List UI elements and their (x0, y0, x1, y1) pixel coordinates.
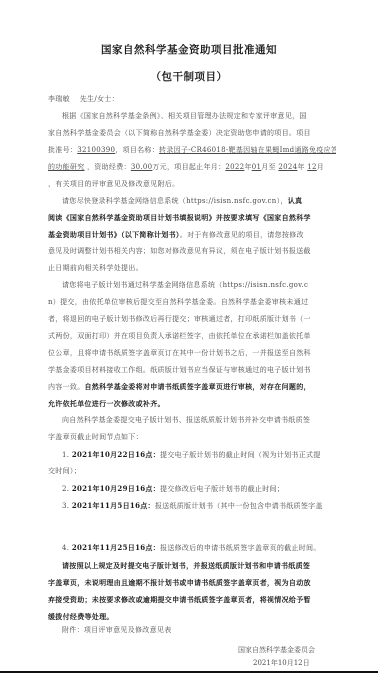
text: 内容一致。 (48, 383, 85, 391)
notice-page: 国家自然科学基金资助项目批准通知 （包干制项目） 李瑞敏 先生/女士： 根据《国… (0, 0, 378, 671)
label: 万元，项目起止年月： (152, 163, 225, 171)
signature-org: 国家自然科学基金委员会 (238, 645, 315, 655)
deadline-cont: 交时间）； (48, 467, 336, 476)
label: 年 (244, 163, 251, 171)
para3-line: 内容一致。自然科学基金委将对申请书纸质签字盖章页进行审核，对存在问题的， (48, 382, 336, 392)
start-month: 01 (252, 163, 262, 171)
para2-line: 基金资助项目计划书》（以下简称计划书）。对于有修改意见的项目，请您按修改 (48, 230, 336, 240)
deadline-date: 2021年10月29日16点： (72, 484, 160, 493)
deadline-text: 报送纸质版计划书（其中一份包含申请书纸质签字盖 (155, 502, 323, 510)
para1-line: 家自然科学基金委员会（以下简称自然科学基金委）决定资助您申请的项目。项目 (48, 129, 336, 138)
project-name: 转录因子-CR46018-靶基因轴在果蝇Imd通路免疫应答中 (159, 146, 336, 154)
deadline-date: 2021年10月22日16点： (72, 450, 160, 459)
para1-line: 根据《国家自然科学基金条例》、相关项目管理办法规定和专家评审意见，国 (62, 112, 336, 121)
para1-line: ，有关项目的评审意见及修改意见附后。 (48, 180, 336, 189)
deadline-text: 提交修改后电子版计划书的截止时间； (160, 485, 284, 493)
deadline-item: 4. 2021年11月25日16点：报送修改后的申请书纸质签字盖章页的截止时间。 (62, 543, 350, 553)
deadline-text: 报送修改后的申请书纸质签字盖章页的截止时间。 (160, 544, 321, 552)
label: 年 (297, 163, 307, 171)
deadline-date: 2021年11月25日16点： (72, 543, 160, 552)
funding-amount: 30.00 (131, 163, 153, 171)
para4-line: 字盖章页截止时间节点如下： (48, 433, 336, 442)
deadline-date: 2021年11月5日16点： (72, 501, 155, 510)
para1-line: 批准号：32100390，项目名称：转录因子-CR46018-靶基因轴在果蝇Im… (48, 146, 336, 155)
document-subtitle: （包干制项目） (0, 69, 378, 84)
deadline-item: 1. 2021年10月22日16点：提交电子版计划书的截止时间（视为计划书正式提 (62, 450, 350, 460)
project-name-cont: 的功能研究 (48, 163, 85, 171)
para1-line: 的功能研究 ，资助经费：30.00万元，项目起止年月：2022年01月至 202… (48, 163, 336, 172)
label: ，资助经费： (85, 163, 131, 171)
item-number: 3. (62, 502, 69, 510)
para3-line: 请您将电子版计划书通过科学基金网络信息系统（https://isisn.nsfc… (62, 281, 336, 290)
item-number: 1. (62, 451, 69, 459)
signature-date: 2021年10月12日 (253, 658, 310, 668)
label: ，项目名称： (115, 146, 159, 154)
para3-line: 式两份，双面打印）并在项目负责人承诺栏签字，由依托单位在承诺栏加盖依托单 (48, 332, 336, 341)
para5-line: 缓拨付经费等处理。 (48, 612, 336, 621)
para3-line: 允许依托单位进行一次修改或补齐。 (48, 399, 336, 408)
para3-line: 学基金委项目材料接收工作组。纸质版计划书应当保证与审核通过的电子版计划书 (48, 366, 336, 375)
end-month: 12 (307, 163, 317, 171)
bold-text: 基金资助项目计划书》（以下简称计划书） (48, 230, 180, 239)
para2-line: 止日期前向相关科学处提出。 (48, 264, 336, 273)
start-year: 2022 (225, 163, 244, 171)
para3-line: 位公章，且将申请书纸质签字盖章页订在其中一份计划书之后，一并报送至自然科 (48, 349, 336, 358)
para2-line: 阅读《国家自然科学基金资助项目计划书填报说明》并按要求填写《国家自然科学 (48, 213, 336, 222)
para4-line: 向自然科学基金委提交电子版计划书、报送纸质版计划书并补交申请书纸质签 (62, 416, 336, 425)
attachment-note: 附件：项目评审意见及修改意见表 (62, 626, 336, 635)
document-title: 国家自然科学基金资助项目批准通知 (0, 42, 378, 57)
item-number: 2. (62, 485, 69, 493)
label: 批准号： (48, 146, 77, 154)
para2-line: 请您尽快登录科学基金网络信息系统（https://isisn.nsfc.gov.… (62, 196, 336, 206)
para3-line: n）提交，由依托单位审核后提交至自然科学基金委。自然科学基金委审核未通过 (48, 298, 336, 307)
para5-line: 弃接受资助；未按要求修改或逾期提交申请书纸质签字盖章页者，将视情况给予暂 (48, 595, 336, 604)
para5-line: 字盖章页，未说明理由且逾期不报计划书或申请书纸质签字盖章页者，视为自动放 (48, 578, 336, 587)
deadline-item: 2. 2021年10月29日16点：提交修改后电子版计划书的截止时间； (62, 484, 350, 494)
end-year: 2024 (278, 163, 297, 171)
para3-line: 者，将退回的电子版计划书修改后再行提交；审核通过者，打印纸质版计划书（一 (48, 315, 336, 324)
item-number: 4. (62, 544, 69, 552)
salutation: 李瑞敏 先生/女士： (48, 95, 336, 104)
para2-line: 意见及时调整计划书相关内容；如您对修改意见有异议，须在电子版计划书报送截 (48, 247, 336, 256)
project-number: 32100390 (77, 146, 115, 154)
deadline-item: 3. 2021年11月5日16点：报送纸质版计划书（其中一份包含申请书纸质签字盖 (62, 501, 350, 511)
bold-text: 认真 (288, 196, 303, 205)
para5-line: 请按照以上规定及时提交电子版计划书，并报送纸质版计划书和申请书纸质签 (62, 561, 336, 570)
label: 月 (317, 163, 324, 171)
bold-text: 自然科学基金委将对申请书纸质签字盖章页进行审核，对存在问题的， (85, 382, 311, 391)
deadline-text: 提交电子版计划书的截止时间（视为计划书正式提 (160, 451, 321, 459)
text: 请您尽快登录科学基金网络信息系统（https://isisn.nsfc.gov.… (62, 197, 288, 205)
text: 。对于有修改意见的项目，请您按修改 (180, 231, 304, 239)
label: 月至 (261, 163, 278, 171)
